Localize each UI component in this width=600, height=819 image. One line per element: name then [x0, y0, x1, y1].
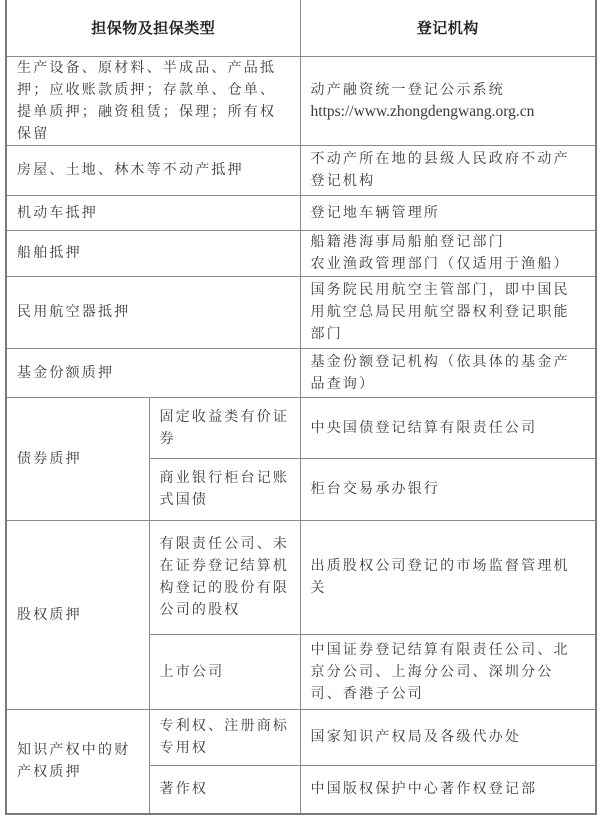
header-registry: 登记机构 [300, 0, 596, 56]
registry-cell: 出质股权公司登记的市场监督管理机关 [300, 520, 596, 634]
table-row: 股权质押 有限责任公司、未在证券登记结算机构登记的股份有限公司的股权 出质股权公… [6, 520, 596, 634]
registry-line: 农业渔政管理部门（仅适用于渔船） [311, 253, 586, 275]
subtype-cell: 著作权 [149, 765, 300, 814]
registry-cell: 中国版权保护中心著作权登记部 [300, 765, 596, 814]
collateral-type-cell: 生产设备、原材料、半成品、产品抵押；应收账款质押；存款单、仓单、提单质押；融资租… [6, 56, 300, 145]
group-type-cell: 债券质押 [6, 397, 149, 520]
header-row: 担保物及担保类型 登记机构 [6, 0, 596, 56]
registry-cell: 不动产所在地的县级人民政府不动产登记机构 [300, 145, 596, 195]
registry-name: 动产融资统一登记公示系统 [311, 79, 586, 101]
table-row: 机动车抵押 登记地车辆管理所 [6, 195, 596, 230]
registry-cell: 国务院民用航空主管部门，即中国民用航空总局民用航空器权利登记职能部门 [300, 276, 596, 348]
table-row: 知识产权中的财产权质押 专利权、注册商标专用权 国家知识产权局及各级代办处 [6, 709, 596, 765]
group-type-cell: 知识产权中的财产权质押 [6, 709, 149, 814]
table-row: 船舶抵押 船籍港海事局船舶登记部门 农业渔政管理部门（仅适用于渔船） [6, 230, 596, 276]
table-row: 基金份额质押 基金份额登记机构（依具体的基金产品查询） [6, 348, 596, 397]
registry-cell: 国家知识产权局及各级代办处 [300, 709, 596, 765]
collateral-type-cell: 船舶抵押 [6, 230, 300, 276]
registry-cell: 中国证券登记结算有限责任公司、北京分公司、上海分公司、深圳分公司、香港子公司 [300, 634, 596, 709]
subtype-cell: 专利权、注册商标专用权 [149, 709, 300, 765]
registry-cell: 动产融资统一登记公示系统 https://www.zhongdengwang.o… [300, 56, 596, 145]
registry-cell: 中央国债登记结算有限责任公司 [300, 397, 596, 458]
table-row: 房屋、土地、林木等不动产抵押 不动产所在地的县级人民政府不动产登记机构 [6, 145, 596, 195]
subtype-cell: 有限责任公司、未在证券登记结算机构登记的股份有限公司的股权 [149, 520, 300, 634]
subtype-cell: 上市公司 [149, 634, 300, 709]
table-row: 民用航空器抵押 国务院民用航空主管部门，即中国民用航空总局民用航空器权利登记职能… [6, 276, 596, 348]
collateral-type-cell: 基金份额质押 [6, 348, 300, 397]
registry-url: https://www.zhongdengwang.org.cn [311, 101, 586, 123]
registry-cell: 登记地车辆管理所 [300, 195, 596, 230]
collateral-type-cell: 民用航空器抵押 [6, 276, 300, 348]
registration-table: 担保物及担保类型 登记机构 生产设备、原材料、半成品、产品抵押；应收账款质押；存… [5, 0, 597, 815]
header-collateral-type: 担保物及担保类型 [6, 0, 300, 56]
table-row: 债券质押 固定收益类有价证券 中央国债登记结算有限责任公司 [6, 397, 596, 458]
collateral-type-cell: 房屋、土地、林木等不动产抵押 [6, 145, 300, 195]
table-row: 生产设备、原材料、半成品、产品抵押；应收账款质押；存款单、仓单、提单质押；融资租… [6, 56, 596, 145]
registry-cell: 柜台交易承办银行 [300, 458, 596, 520]
subtype-cell: 商业银行柜台记账式国债 [149, 458, 300, 520]
registry-cell: 船籍港海事局船舶登记部门 农业渔政管理部门（仅适用于渔船） [300, 230, 596, 276]
group-type-cell: 股权质押 [6, 520, 149, 709]
registry-line: 船籍港海事局船舶登记部门 [311, 231, 586, 253]
registry-cell: 基金份额登记机构（依具体的基金产品查询） [300, 348, 596, 397]
subtype-cell: 固定收益类有价证券 [149, 397, 300, 458]
collateral-type-cell: 机动车抵押 [6, 195, 300, 230]
